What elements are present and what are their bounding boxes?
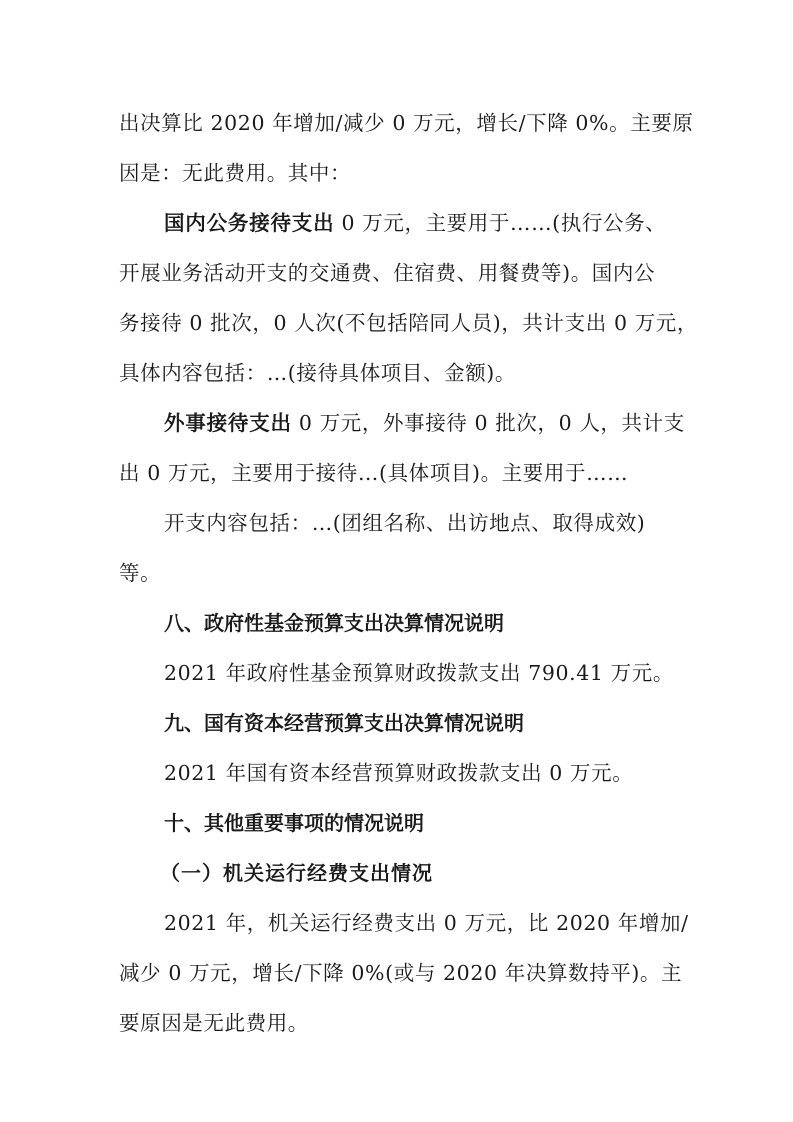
paragraph-line: 2021 年，机关运行经费支出 0 万元，比 2020 年增加/ (164, 910, 724, 936)
paragraph-line: 出 0 万元，主要用于接待…(具体项目)。主要用于…… (119, 460, 679, 486)
paragraph-line: 开支内容包括：…(团组名称、出访地点、取得成效) (164, 510, 724, 536)
document-page: 出决算比 2020 年增加/减少 0 万元，增长/下降 0%。主要原 因是：无此… (0, 0, 793, 1122)
paragraph-line: 出决算比 2020 年增加/减少 0 万元，增长/下降 0%。主要原 (119, 110, 679, 136)
section-heading-9: 九、国有资本经营预算支出决算情况说明 (164, 710, 724, 736)
paragraph-line: 因是：无此费用。其中： (119, 160, 679, 186)
paragraph-line: 等。 (119, 560, 679, 586)
paragraph-text: 0 万元，主要用于……(执行公务、 (334, 211, 666, 235)
paragraph-domestic-reception: 国内公务接待支出 0 万元，主要用于……(执行公务、 (164, 210, 724, 236)
paragraph-line: 开展业务活动开支的交通费、住宿费、用餐费等)。国内公 (119, 260, 679, 286)
term-domestic-reception: 国内公务接待支出 (164, 211, 334, 235)
section-heading-10: 十、其他重要事项的情况说明 (164, 810, 724, 836)
paragraph-line: 具体内容包括：…(接待具体项目、金额)。 (119, 360, 679, 386)
paragraph-foreign-reception: 外事接待支出 0 万元，外事接待 0 批次，0 人，共计支 (164, 410, 724, 436)
paragraph-line: 要原因是无此费用。 (119, 1010, 679, 1036)
paragraph-line: 务接待 0 批次，0 人次(不包括陪同人员)，共计支出 0 万元， (119, 310, 679, 336)
paragraph-line: 减少 0 万元，增长/下降 0%(或与 2020 年决算数持平)。主 (119, 960, 679, 986)
subsection-heading-1: （一）机关运行经费支出情况 (160, 860, 720, 886)
paragraph-line: 2021 年政府性基金预算财政拨款支出 790.41 万元。 (164, 660, 724, 686)
paragraph-text: 0 万元，外事接待 0 批次，0 人，共计支 (292, 411, 685, 435)
section-heading-8: 八、政府性基金预算支出决算情况说明 (164, 610, 724, 636)
term-foreign-reception: 外事接待支出 (164, 411, 292, 435)
paragraph-line: 2021 年国有资本经营预算财政拨款支出 0 万元。 (164, 760, 724, 786)
